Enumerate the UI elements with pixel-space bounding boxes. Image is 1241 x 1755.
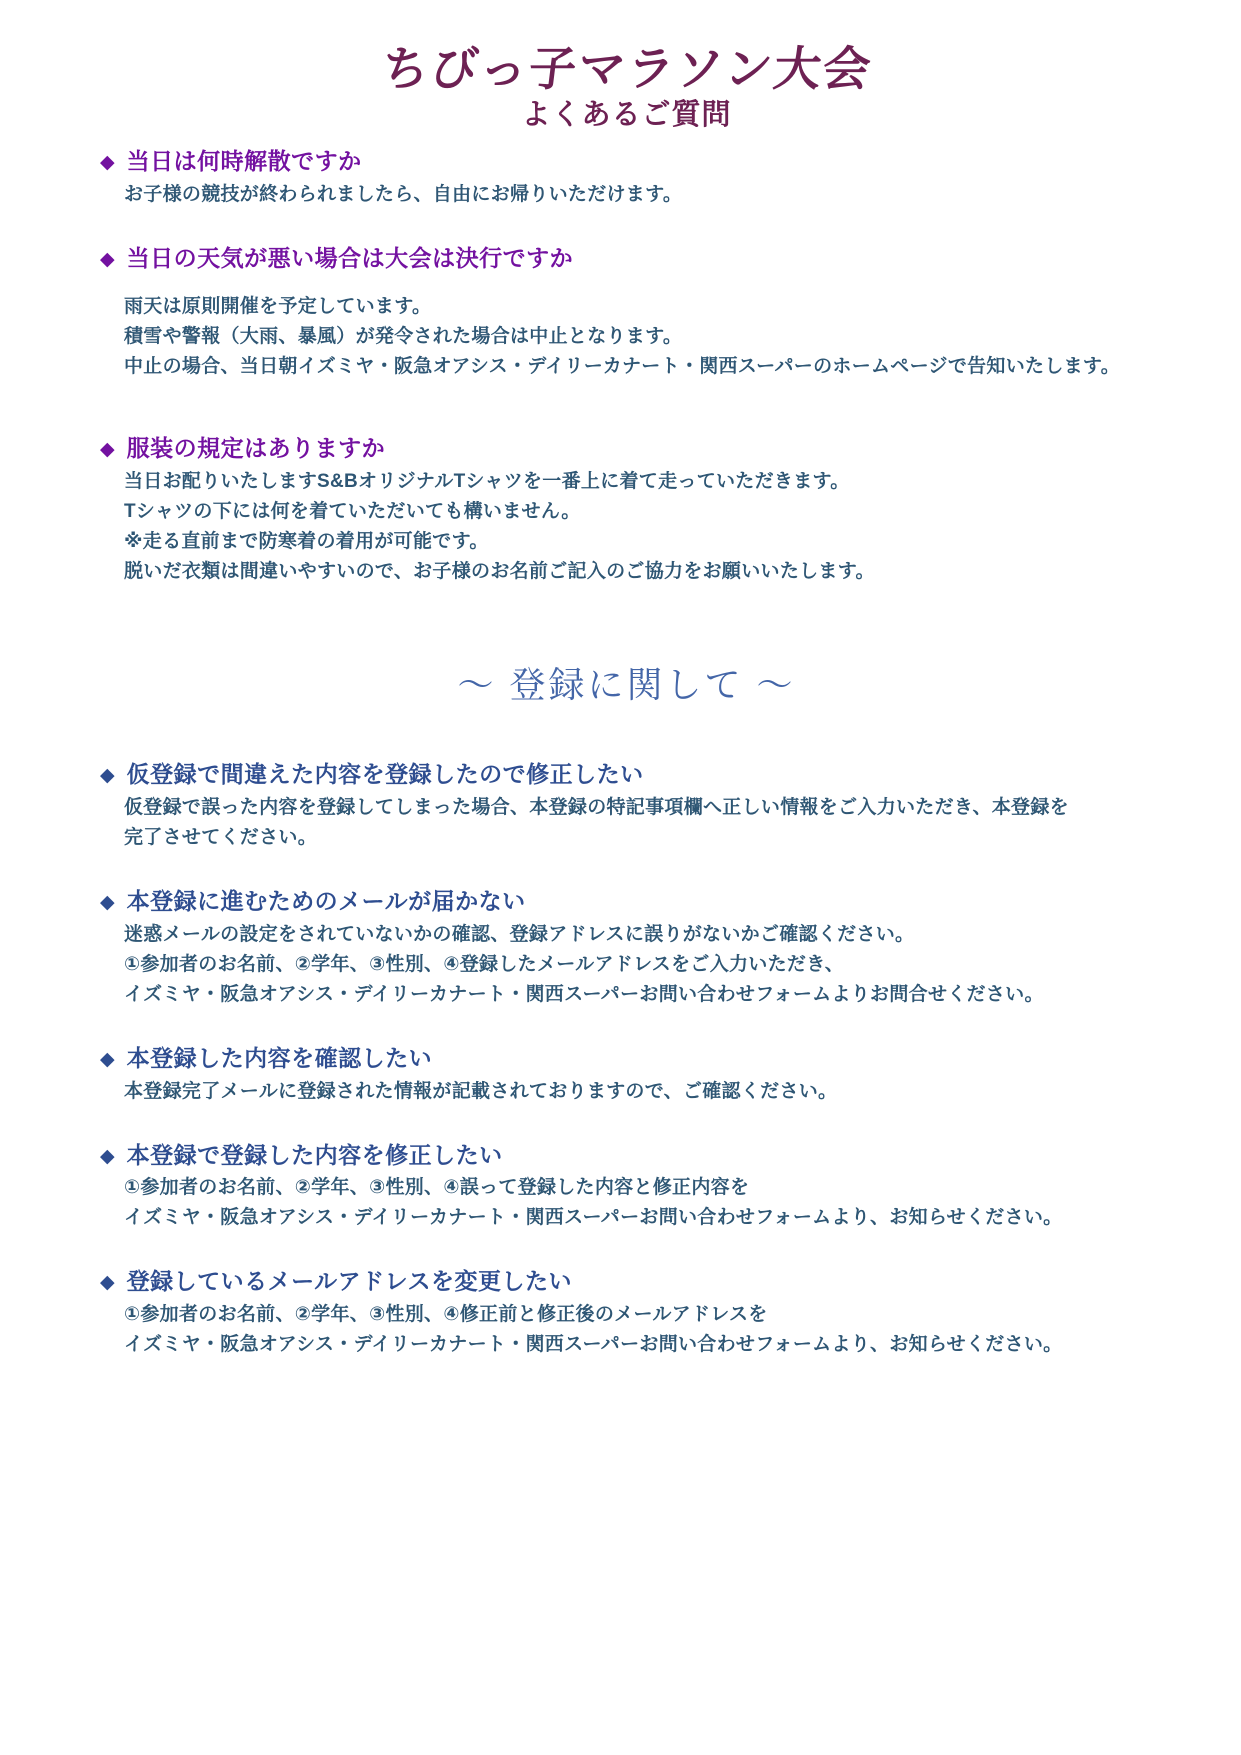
faq-question: ◆ 服装の規定はありますか [100, 434, 1193, 463]
page-title: ちびっ子マラソン大会 [378, 42, 875, 96]
diamond-bullet-icon: ◆ [100, 151, 115, 175]
answer-line: 雨天は原則開催を予定しています。 [124, 292, 1193, 322]
faq-question: ◆ 仮登録で間違えた内容を登録したので修正したい [100, 760, 1193, 789]
answer-line: ①参加者のお名前、②学年、③性別、④登録したメールアドレスをご入力いただき、 [124, 950, 1193, 980]
answer-line: 当日お配りいたしますS&BオリジナルTシャツを一番上に着て走っていただきます。 [124, 467, 1193, 497]
answer-line: お子様の競技が終わられましたら、自由にお帰りいただけます。 [124, 180, 1193, 210]
faq-answers: 雨天は原則開催を予定しています。 積雪や警報（大雨、暴風）が発令された場合は中止… [100, 292, 1193, 382]
answer-line: ①参加者のお名前、②学年、③性別、④誤って登録した内容と修正内容を [124, 1173, 1193, 1203]
answer-line: ※走る直前まで防寒着の着用が可能です。 [124, 527, 1193, 557]
question-text: 登録しているメールアドレスを変更したい [127, 1267, 572, 1296]
title-block: ちびっ子マラソン大会 よくあるご質問 [100, 42, 1193, 133]
question-text: 本登録に進むためのメールが届かない [127, 887, 526, 916]
answer-line: イズミヤ・阪急オアシス・デイリーカナート・関西スーパーお問い合わせフォームより、… [124, 1203, 1193, 1233]
question-text: 当日の天気が悪い場合は大会は決行ですか [127, 244, 574, 273]
faq-question: ◆ 本登録した内容を確認したい [100, 1044, 1193, 1073]
faq-answers: ①参加者のお名前、②学年、③性別、④修正前と修正後のメールアドレスを イズミヤ・… [100, 1300, 1193, 1360]
question-text: 仮登録で間違えた内容を登録したので修正したい [127, 760, 644, 789]
faq-answers: 当日お配りいたしますS&BオリジナルTシャツを一番上に着て走っていただきます。 … [100, 467, 1193, 587]
faq-answers: 仮登録で誤った内容を登録してしまった場合、本登録の特記事項欄へ正しい情報をご入力… [100, 793, 1193, 853]
faq-question: ◆ 当日の天気が悪い場合は大会は決行ですか [100, 244, 1193, 273]
answer-line: 積雪や警報（大雨、暴風）が発令された場合は中止となります。 [124, 322, 1193, 352]
faq-answers: 迷惑メールの設定をされていないかの確認、登録アドレスに誤りがないかご確認ください… [100, 920, 1193, 1010]
faq-answers: お子様の競技が終わられましたら、自由にお帰りいただけます。 [100, 180, 1193, 210]
faq-item-change-email: ◆ 登録しているメールアドレスを変更したい ①参加者のお名前、②学年、③性別、④… [100, 1267, 1193, 1360]
answer-line: Tシャツの下には何を着ていただいても構いません。 [124, 497, 1193, 527]
page-subtitle: よくあるご質問 [100, 98, 1153, 133]
faq-item-confirm-registration: ◆ 本登録した内容を確認したい 本登録完了メールに登録された情報が記載されており… [100, 1044, 1193, 1107]
faq-item-dress-code: ◆ 服装の規定はありますか 当日お配りいたしますS&BオリジナルTシャツを一番上… [100, 434, 1193, 587]
faq-item-fix-registration: ◆ 本登録で登録した内容を修正したい ①参加者のお名前、②学年、③性別、④誤って… [100, 1141, 1193, 1234]
faq-item-fix-pre-registration: ◆ 仮登録で間違えた内容を登録したので修正したい 仮登録で誤った内容を登録してし… [100, 760, 1193, 853]
faq-item-bad-weather: ◆ 当日の天気が悪い場合は大会は決行ですか 雨天は原則開催を予定しています。 積… [100, 244, 1193, 383]
faq-answers: 本登録完了メールに登録された情報が記載されておりますので、ご確認ください。 [100, 1077, 1193, 1107]
answer-line: 本登録完了メールに登録された情報が記載されておりますので、ご確認ください。 [124, 1077, 1193, 1107]
faq-item-dismissal-time: ◆ 当日は何時解散ですか お子様の競技が終わられましたら、自由にお帰りいただけま… [100, 147, 1193, 210]
faq-question: ◆ 当日は何時解散ですか [100, 147, 1193, 176]
question-text: 服装の規定はありますか [127, 434, 386, 463]
faq-item-mail-not-arriving: ◆ 本登録に進むためのメールが届かない 迷惑メールの設定をされていないかの確認、… [100, 887, 1193, 1010]
diamond-bullet-icon: ◆ [100, 891, 115, 915]
answer-line: 完了させてください。 [124, 823, 1193, 853]
answer-line: 中止の場合、当日朝イズミヤ・阪急オアシス・デイリーカナート・関西スーパーのホーム… [124, 352, 1193, 382]
answer-line: イズミヤ・阪急オアシス・デイリーカナート・関西スーパーお問い合わせフォームより、… [124, 1330, 1193, 1360]
answer-line: 迷惑メールの設定をされていないかの確認、登録アドレスに誤りがないかご確認ください… [124, 920, 1193, 950]
answer-line: 仮登録で誤った内容を登録してしまった場合、本登録の特記事項欄へ正しい情報をご入力… [124, 793, 1193, 823]
diamond-bullet-icon: ◆ [100, 438, 115, 462]
faq-document-page: ちびっ子マラソン大会 よくあるご質問 ◆ 当日は何時解散ですか お子様の競技が終… [0, 0, 1241, 1755]
question-text: 本登録で登録した内容を修正したい [127, 1141, 503, 1170]
question-text: 本登録した内容を確認したい [127, 1044, 433, 1073]
diamond-bullet-icon: ◆ [100, 1145, 115, 1169]
diamond-bullet-icon: ◆ [100, 764, 115, 788]
diamond-bullet-icon: ◆ [100, 1271, 115, 1295]
answer-line: イズミヤ・阪急オアシス・デイリーカナート・関西スーパーお問い合わせフォームよりお… [124, 980, 1193, 1010]
faq-question: ◆ 本登録に進むためのメールが届かない [100, 887, 1193, 916]
answer-line: ①参加者のお名前、②学年、③性別、④修正前と修正後のメールアドレスを [124, 1300, 1193, 1330]
diamond-bullet-icon: ◆ [100, 1048, 115, 1072]
registration-section-title: ～ 登録に関して ～ [100, 657, 1193, 708]
answer-line: 脱いだ衣類は間違いやすいので、お子様のお名前ご記入のご協力をお願いいたします。 [124, 557, 1193, 587]
diamond-bullet-icon: ◆ [100, 248, 115, 272]
faq-answers: ①参加者のお名前、②学年、③性別、④誤って登録した内容と修正内容を イズミヤ・阪… [100, 1173, 1193, 1233]
faq-question: ◆ 登録しているメールアドレスを変更したい [100, 1267, 1193, 1296]
faq-question: ◆ 本登録で登録した内容を修正したい [100, 1141, 1193, 1170]
question-text: 当日は何時解散ですか [127, 147, 362, 176]
